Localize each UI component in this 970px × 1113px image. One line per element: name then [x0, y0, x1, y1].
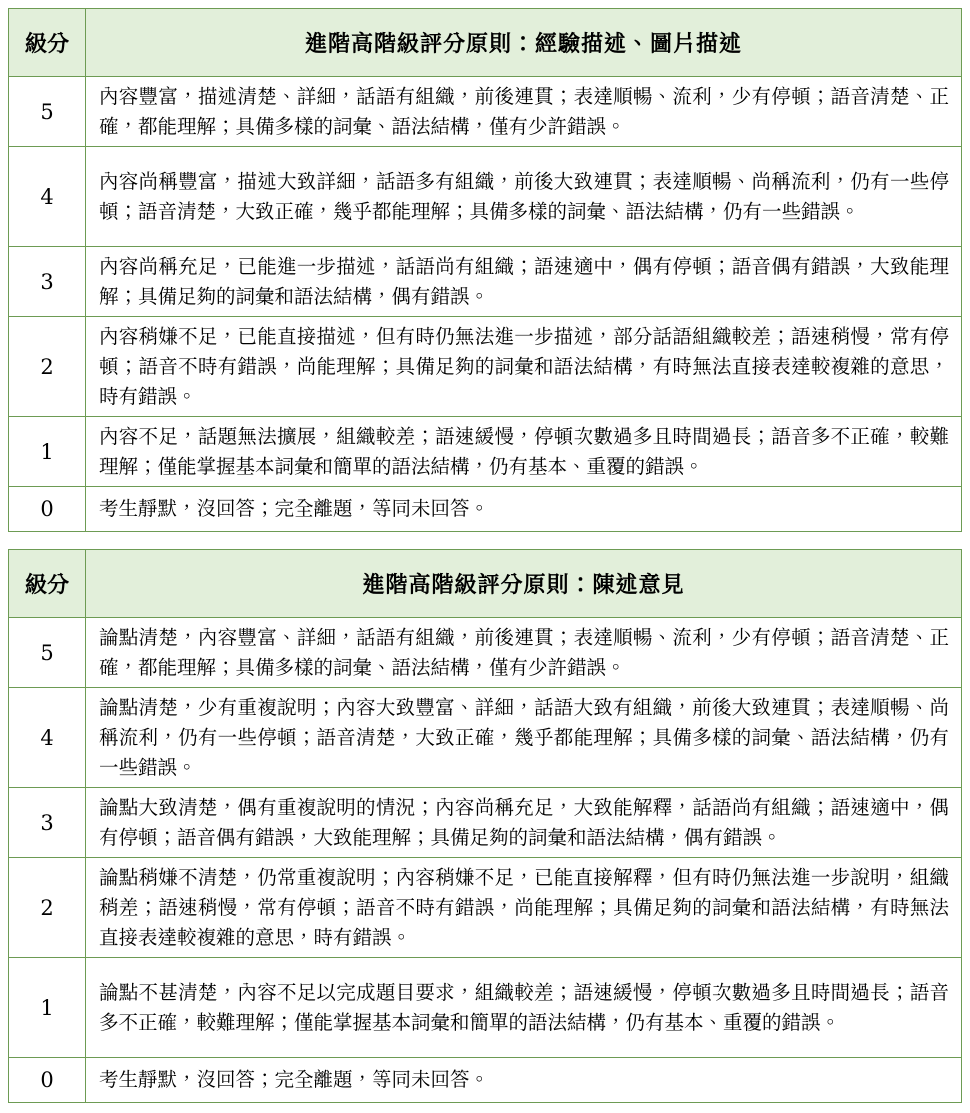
criteria-cell: 內容尚稱豐富，描述大致詳細，話語多有組織，前後大致連貫；表達順暢、尚稱流利，仍有… — [86, 147, 962, 247]
score-cell: 4 — [9, 688, 86, 788]
score-cell: 1 — [9, 417, 86, 487]
rubric-row: 1 論點不甚清楚，內容不足以完成題目要求，組織較差；語速緩慢，停頓次數過多且時間… — [9, 958, 962, 1058]
rubric-title: 進階高階級評分原則：陳述意見 — [86, 550, 962, 618]
score-cell: 5 — [9, 618, 86, 688]
rubric-row: 2 內容稍嫌不足，已能直接描述，但有時仍無法進一步描述，部分話語組織較差；語速稍… — [9, 317, 962, 417]
criteria-cell: 內容不足，話題無法擴展，組織較差；語速緩慢，停頓次數過多且時間過長；語音多不正確… — [86, 417, 962, 487]
criteria-cell: 內容尚稱充足，已能進一步描述，話語尚有組織；語速適中，偶有停頓；語音偶有錯誤，大… — [86, 247, 962, 317]
rubric-row: 4 論點清楚，少有重複說明；內容大致豐富、詳細，話語大致有組織，前後大致連貫；表… — [9, 688, 962, 788]
criteria-cell: 論點不甚清楚，內容不足以完成題目要求，組織較差；語速緩慢，停頓次數過多且時間過長… — [86, 958, 962, 1058]
score-cell: 4 — [9, 147, 86, 247]
rubric-row: 5 論點清楚，內容豐富、詳細，話語有組織，前後連貫；表達順暢、流利，少有停頓；語… — [9, 618, 962, 688]
score-cell: 0 — [9, 1058, 86, 1103]
criteria-cell: 論點大致清楚，偶有重複說明的情況；內容尚稱充足，大致能解釋，話語尚有組織；語速適… — [86, 788, 962, 858]
criteria-cell: 內容豐富，描述清楚、詳細，話語有組織，前後連貫；表達順暢、流利，少有停頓；語音清… — [86, 77, 962, 147]
rubric-row: 3 論點大致清楚，偶有重複說明的情況；內容尚稱充足，大致能解釋，話語尚有組織；語… — [9, 788, 962, 858]
rubric-row: 0 考生靜默，沒回答；完全離題，等同未回答。 — [9, 487, 962, 532]
rubric-table-experience-picture-description: 級分 進階高階級評分原則：經驗描述、圖片描述 5 內容豐富，描述清楚、詳細，話語… — [8, 8, 962, 532]
rubric-row: 4 內容尚稱豐富，描述大致詳細，話語多有組織，前後大致連貫；表達順暢、尚稱流利，… — [9, 147, 962, 247]
criteria-cell: 論點清楚，少有重複說明；內容大致豐富、詳細，話語大致有組織，前後大致連貫；表達順… — [86, 688, 962, 788]
score-column-header: 級分 — [9, 550, 86, 618]
score-cell: 2 — [9, 317, 86, 417]
score-column-header: 級分 — [9, 9, 86, 77]
rubric-row: 2 論點稍嫌不清楚，仍常重複說明；內容稍嫌不足，已能直接解釋，但有時仍無法進一步… — [9, 858, 962, 958]
rubric-row: 3 內容尚稱充足，已能進一步描述，話語尚有組織；語速適中，偶有停頓；語音偶有錯誤… — [9, 247, 962, 317]
score-cell: 5 — [9, 77, 86, 147]
document-page: 級分 進階高階級評分原則：經驗描述、圖片描述 5 內容豐富，描述清楚、詳細，話語… — [0, 0, 970, 1113]
criteria-cell: 考生靜默，沒回答；完全離題，等同未回答。 — [86, 487, 962, 532]
score-cell: 1 — [9, 958, 86, 1058]
rubric-table-stating-opinions: 級分 進階高階級評分原則：陳述意見 5 論點清楚，內容豐富、詳細，話語有組織，前… — [8, 549, 962, 1103]
score-cell: 2 — [9, 858, 86, 958]
rubric-row: 1 內容不足，話題無法擴展，組織較差；語速緩慢，停頓次數過多且時間過長；語音多不… — [9, 417, 962, 487]
score-cell: 3 — [9, 788, 86, 858]
criteria-cell: 論點稍嫌不清楚，仍常重複說明；內容稍嫌不足，已能直接解釋，但有時仍無法進一步說明… — [86, 858, 962, 958]
score-cell: 0 — [9, 487, 86, 532]
criteria-cell: 內容稍嫌不足，已能直接描述，但有時仍無法進一步描述，部分話語組織較差；語速稍慢，… — [86, 317, 962, 417]
rubric-row: 0 考生靜默，沒回答；完全離題，等同未回答。 — [9, 1058, 962, 1103]
criteria-cell: 考生靜默，沒回答；完全離題，等同未回答。 — [86, 1058, 962, 1103]
rubric-header-row: 級分 進階高階級評分原則：經驗描述、圖片描述 — [9, 9, 962, 77]
rubric-header-row: 級分 進階高階級評分原則：陳述意見 — [9, 550, 962, 618]
rubric-row: 5 內容豐富，描述清楚、詳細，話語有組織，前後連貫；表達順暢、流利，少有停頓；語… — [9, 77, 962, 147]
score-cell: 3 — [9, 247, 86, 317]
table-gap — [8, 532, 962, 549]
rubric-title: 進階高階級評分原則：經驗描述、圖片描述 — [86, 9, 962, 77]
criteria-cell: 論點清楚，內容豐富、詳細，話語有組織，前後連貫；表達順暢、流利，少有停頓；語音清… — [86, 618, 962, 688]
